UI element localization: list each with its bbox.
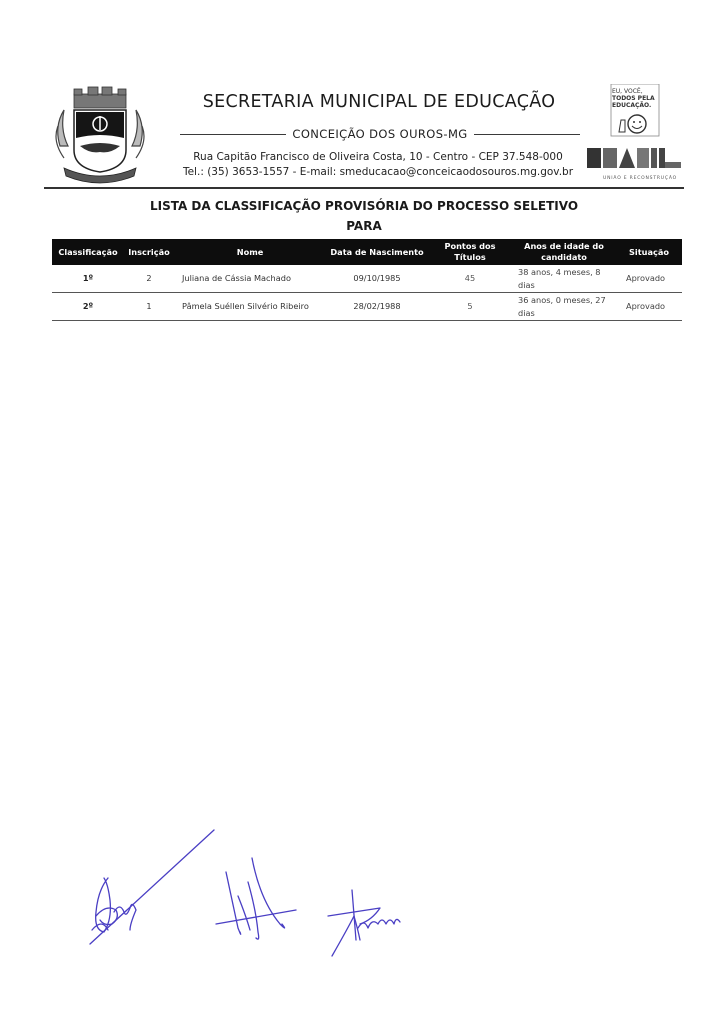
- header-divider: [44, 187, 684, 189]
- cell-inscricao: 1: [124, 293, 174, 321]
- column-header-pontos: Pontos dos Títulos: [428, 239, 512, 265]
- column-header-data-nascimento: Data de Nascimento: [326, 239, 428, 265]
- cell-inscricao: 2: [124, 265, 174, 293]
- cell-idade: 38 anos, 4 meses, 8 dias: [512, 265, 616, 293]
- cell-nome: Pâmela Suéllen Silvério Ribeiro: [174, 293, 326, 321]
- cell-situacao: Aprovado: [616, 265, 682, 293]
- document-title-line-1: LISTA DA CLASSIFICAÇÃO PROVISÓRIA DO PRO…: [140, 196, 588, 236]
- classification-table: Classificação Inscrição Nome Data de Nas…: [52, 239, 682, 321]
- column-header-classificacao: Classificação: [52, 239, 124, 265]
- address-block: Rua Capitão Francisco de Oliveira Costa,…: [180, 150, 576, 180]
- signature-2: [216, 858, 296, 939]
- table-row: 2º 1 Pâmela Suéllen Silvério Ribeiro 28/…: [52, 293, 682, 321]
- contact-line: Tel.: (35) 3653-1557 - E-mail: smeducaca…: [180, 165, 576, 180]
- city-name: CONCEIÇÃO DOS OUROS-MG: [286, 127, 473, 141]
- brand-tagline: UNIÃO E RECONSTRUÇÃO: [594, 176, 686, 181]
- cell-classificacao: 1º: [52, 265, 124, 293]
- slogan-line-2: TODOS PELA: [612, 95, 660, 102]
- slogan-line-3: EDUCAÇÃO.: [612, 102, 660, 109]
- divider-line-left: [180, 134, 286, 135]
- cell-situacao: Aprovado: [616, 293, 682, 321]
- cell-nome: Juliana de Cássia Machado: [174, 265, 326, 293]
- divider-line-right: [474, 134, 580, 135]
- brand-slogan: EU, VOCÊ, TODOS PELA EDUCAÇÃO.: [612, 88, 660, 109]
- signature-1: [90, 830, 214, 944]
- address-line: Rua Capitão Francisco de Oliveira Costa,…: [180, 150, 576, 165]
- cell-classificacao: 2º: [52, 293, 124, 321]
- cell-idade: 36 anos, 0 meses, 27 dias: [512, 293, 616, 321]
- table-row: 1º 2 Juliana de Cássia Machado 09/10/198…: [52, 265, 682, 293]
- cell-data-nascimento: 09/10/1985: [326, 265, 428, 293]
- signature-3: [328, 890, 400, 956]
- column-header-nome: Nome: [174, 239, 326, 265]
- column-header-idade: Anos de idade do candidato: [512, 239, 616, 265]
- signatures-area: [60, 820, 440, 970]
- column-header-situacao: Situação: [616, 239, 682, 265]
- cell-pontos: 5: [428, 293, 512, 321]
- department-title: SECRETARIA MUNICIPAL DE EDUCAÇÃO: [180, 92, 578, 112]
- city-divider: CONCEIÇÃO DOS OUROS-MG: [180, 127, 580, 141]
- slogan-line-1: EU, VOCÊ,: [612, 88, 660, 95]
- table-header-row: Classificação Inscrição Nome Data de Nas…: [52, 239, 682, 265]
- cell-data-nascimento: 28/02/1988: [326, 293, 428, 321]
- column-header-inscricao: Inscrição: [124, 239, 174, 265]
- cell-pontos: 45: [428, 265, 512, 293]
- municipal-crest-logo: [50, 86, 150, 186]
